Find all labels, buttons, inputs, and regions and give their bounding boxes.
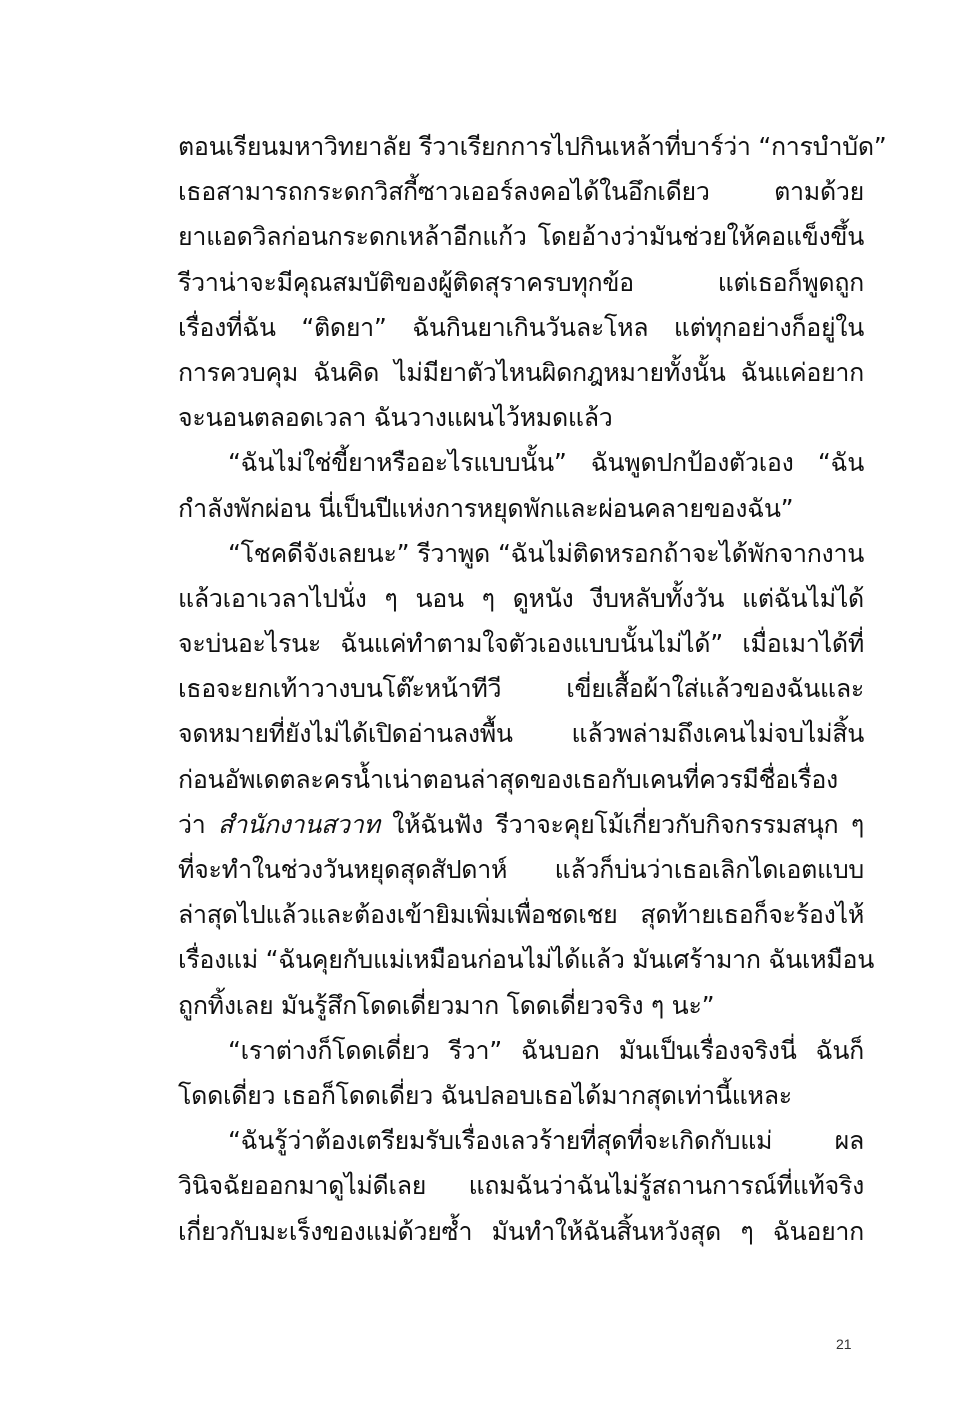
text-line: จดหมายที่ยังไม่ได้เปิดอ่านลงพื้น แล้วพล่… — [178, 711, 864, 756]
text-line: จะนอนตลอดเวลา ฉันวางแผนไว้หมดแล้ว — [178, 395, 864, 440]
text-line: ที่จะทำในช่วงวันหยุดสุดสัปดาห์ แล้วก็บ่น… — [178, 847, 864, 892]
italic-title: สำนักงานสวาท — [218, 810, 380, 839]
book-page: ตอนเรียนมหาวิทยาลัย รีวาเรียกการไปกินเหล… — [0, 0, 967, 1407]
text-line: กำลังพักผ่อน นี่เป็นปีแห่งการหยุดพักและผ… — [178, 486, 864, 531]
text-line: ล่าสุดไปแล้วและต้องเข้ายิมเพิ่มเพื่อชดเช… — [178, 892, 864, 937]
text-line: การควบคุม ฉันคิด ไม่มียาตัวไหนผิดกฎหมายท… — [178, 350, 864, 395]
text-line: ถูกทิ้งเลย มันรู้สึกโดดเดี่ยวมาก โดดเดี่… — [178, 983, 864, 1028]
text-line: “ฉันไม่ใช่ขี้ยาหรืออะไรแบบนั้น” ฉันพูดปก… — [178, 440, 864, 485]
text-line: “เราต่างก็โดดเดี่ยว รีวา” ฉันบอก มันเป็น… — [178, 1028, 864, 1073]
text-line: “ฉันรู้ว่าต้องเตรียมรับเรื่องเลวร้ายที่ส… — [178, 1118, 864, 1163]
text-line: รีวาน่าจะมีคุณสมบัติของผู้ติดสุราครบทุกข… — [178, 260, 864, 305]
text-line: โดดเดี่ยว เธอก็โดดเดี่ยว ฉันปลอบเธอได้มา… — [178, 1073, 864, 1118]
text-line: เรื่องที่ฉัน “ติดยา” ฉันกินยาเกินวันละโห… — [178, 305, 864, 350]
text-line: ยาแอดวิลก่อนกระดกเหล้าอีกแก้ว โดยอ้างว่า… — [178, 214, 864, 259]
text-segment: ให้ฉันฟัง รีวาจะคุยโม้เกี่ยวกับกิจกรรมสน… — [380, 810, 864, 839]
text-line: จะบ่นอะไรนะ ฉันแค่ทำตามใจตัวเองแบบนั้นไม… — [178, 621, 864, 666]
text-line: เกี่ยวกับมะเร็งของแม่ด้วยซ้ำ มันทำให้ฉัน… — [178, 1209, 864, 1254]
text-line: “โชคดีจังเลยนะ” รีวาพูด “ฉันไม่ติดหรอกถ้… — [178, 531, 864, 576]
body-text: ตอนเรียนมหาวิทยาลัย รีวาเรียกการไปกินเหล… — [178, 124, 864, 1254]
text-line: แล้วเอาเวลาไปนั่ง ๆ นอน ๆ ดูหนัง งีบหลับ… — [178, 576, 864, 621]
text-line: เธอจะยกเท้าวางบนโต๊ะหน้าทีวี เขี่ยเสื้อผ… — [178, 666, 864, 711]
text-line: ตอนเรียนมหาวิทยาลัย รีวาเรียกการไปกินเหล… — [178, 124, 864, 169]
text-segment: ว่า — [178, 810, 218, 839]
text-line: วินิจฉัยออกมาดูไม่ดีเลย แถมฉันว่าฉันไม่ร… — [178, 1163, 864, 1208]
text-line: ก่อนอัพเดตละครน้ำเน่าตอนล่าสุดของเธอกับเ… — [178, 757, 864, 802]
page-number: 21 — [836, 1336, 852, 1352]
text-line-with-title: ว่า สำนักงานสวาท ให้ฉันฟัง รีวาจะคุยโม้เ… — [178, 802, 864, 847]
text-line: เธอสามารถกระดกวิสกี้ซาวเออร์ลงคอได้ในอึก… — [178, 169, 864, 214]
text-line: เรื่องแม่ “ฉันคุยกับแม่เหมือนก่อนไม่ได้แ… — [178, 937, 864, 982]
